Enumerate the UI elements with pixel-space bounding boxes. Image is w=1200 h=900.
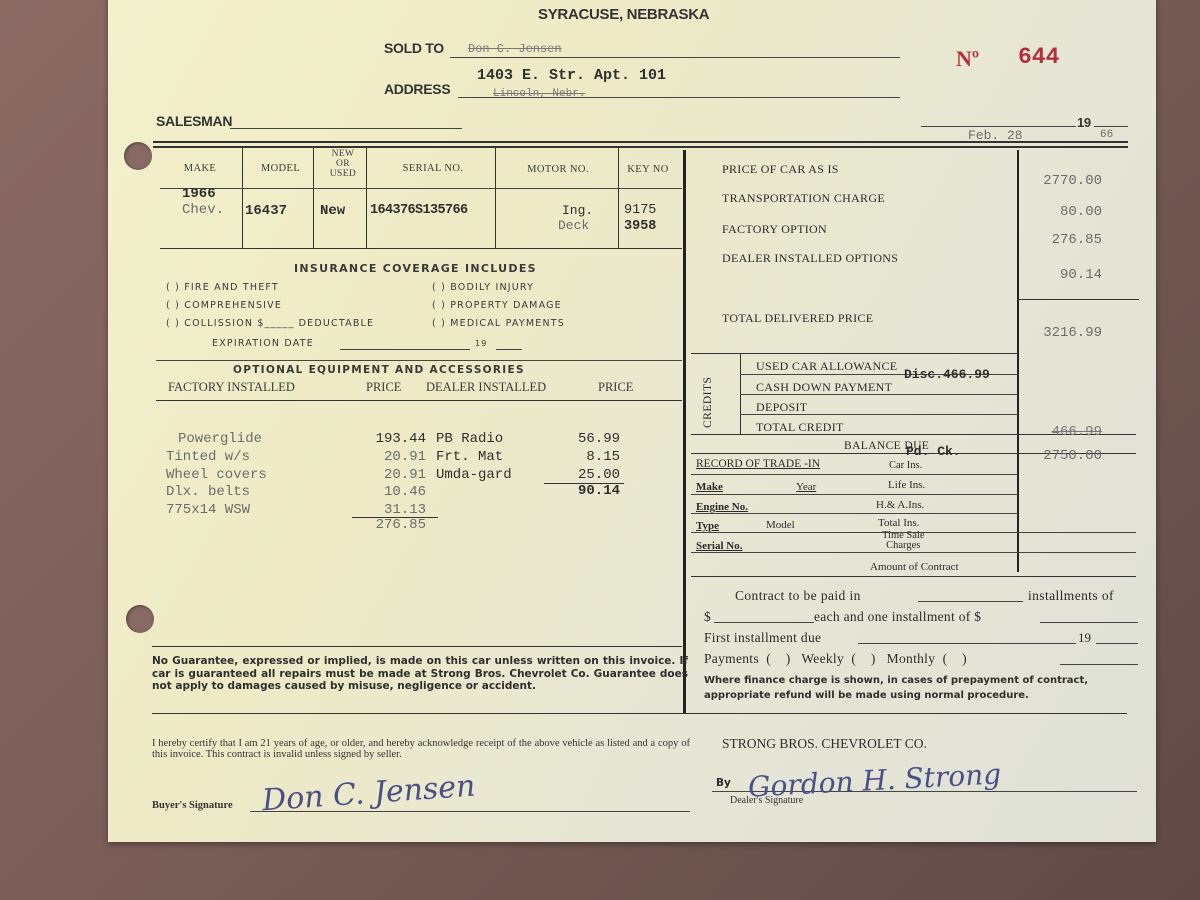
credits-side-label: CREDITS xyxy=(702,377,714,428)
insurance-option-comprehensive[interactable]: ( ) COMPREHENSIVE xyxy=(166,300,282,311)
trade-rule xyxy=(691,552,1136,553)
price-value: 90.14 xyxy=(1022,267,1102,283)
motor-line1: Ing. xyxy=(562,203,593,218)
vehicle-header-make: MAKE xyxy=(160,163,240,174)
year-line xyxy=(1094,126,1128,127)
vehicle-header-model: MODEL xyxy=(248,163,313,174)
table-divider xyxy=(242,148,243,248)
vehicle-header-key: KEY NO xyxy=(618,164,678,175)
price-label: PRICE OF CAR AS IS xyxy=(722,162,839,177)
installment-amount-field[interactable] xyxy=(714,622,814,623)
first-installment-year-field[interactable] xyxy=(1096,643,1138,644)
trade-serial-label: Serial No. xyxy=(696,540,742,552)
balance-due-value: 2750.00 xyxy=(1022,448,1102,464)
payment-frequency-other-field[interactable] xyxy=(1060,664,1138,665)
table-rule xyxy=(160,248,682,249)
contract-line3-year: 19 xyxy=(1078,630,1091,646)
vehicle-model: 16437 xyxy=(245,203,287,219)
insurance-title: INSURANCE COVERAGE INCLUDES xyxy=(294,262,537,275)
vehicle-new-used: New xyxy=(320,203,345,219)
expiration-year-prefix: 19 xyxy=(475,339,488,348)
factory-item-price: 31.13 xyxy=(362,502,426,518)
address-label: ADDRESS xyxy=(384,81,450,97)
dealer-company: STRONG BROS. CHEVROLET CO. xyxy=(722,736,927,752)
header-rule xyxy=(153,146,1128,148)
buyer-certification: I hereby certify that I am 21 years of a… xyxy=(152,739,690,760)
factory-item-price: 193.44 xyxy=(362,431,426,447)
table-divider xyxy=(366,148,367,248)
trade-rule xyxy=(691,474,1018,475)
contract-line2b: each and one installment of $ xyxy=(814,609,981,625)
sold-to-label: SOLD TO xyxy=(384,40,444,56)
price-value: 80.00 xyxy=(1022,204,1102,220)
total-delivered-value: 3216.99 xyxy=(1022,325,1102,341)
factory-item-price: 20.91 xyxy=(362,449,426,465)
dealer-item-price: 25.00 xyxy=(556,467,620,483)
salesman-line xyxy=(230,128,462,129)
year-value: 66 xyxy=(1100,129,1113,141)
factory-item: Tinted w/s xyxy=(166,449,250,465)
trade-rule xyxy=(691,494,1018,495)
invoice-number: 644 xyxy=(1018,44,1059,70)
credit-row-label: CASH DOWN PAYMENT xyxy=(756,380,892,395)
trade-bottom-rule xyxy=(691,576,1136,577)
vehicle-header-serial: SERIAL NO. xyxy=(373,163,493,174)
factory-item-price: 10.46 xyxy=(362,484,426,500)
expiration-year-field[interactable] xyxy=(496,349,522,350)
trade-type-label: Type xyxy=(696,520,719,532)
column-divider xyxy=(683,150,686,714)
installments-count-field[interactable] xyxy=(918,601,1023,602)
price-value: 276.85 xyxy=(1022,232,1102,248)
car-ins-label: Car Ins. xyxy=(889,460,922,471)
vehicle-serial: 164376S135766 xyxy=(370,203,468,218)
finance-charge-note: Where finance charge is shown, in cases … xyxy=(704,673,1140,703)
options-col-price: PRICE xyxy=(598,380,633,395)
dealer-item: PB Radio xyxy=(436,431,503,447)
header-rule xyxy=(153,141,1128,143)
trade-in-title: RECORD OF TRADE -IN xyxy=(696,458,820,470)
invoice-paper: SYRACUSE, NEBRASKA SOLD TO Don C. Jensen… xyxy=(108,0,1156,842)
factory-item: Powerglide xyxy=(178,431,262,447)
ha-ins-label: H.& A.Ins. xyxy=(876,499,924,511)
credit-rule xyxy=(740,414,1018,415)
first-installment-date-field[interactable] xyxy=(858,643,1076,644)
dealer-item: Umda-gard xyxy=(436,467,512,483)
dealer-by-label: By xyxy=(716,777,731,789)
options-rule xyxy=(156,400,682,401)
credit-row-label: USED CAR ALLOWANCE xyxy=(756,359,897,374)
trade-year-label: Year xyxy=(796,481,816,493)
dealer-item: Frt. Mat xyxy=(436,449,503,465)
price-value: 2770.00 xyxy=(1022,173,1102,189)
payment-frequency-options[interactable]: Payments ( ) Weekly ( ) Monthly ( ) xyxy=(704,651,967,667)
trade-engine-label: Engine No. xyxy=(696,501,748,513)
contract-line1b: installments of xyxy=(1028,588,1114,604)
guarantee-text: No Guarantee, expressed or implied, is m… xyxy=(152,655,688,693)
price-label: TRANSPORTATION CHARGE xyxy=(722,191,885,206)
vehicle-header-new-or-used: NEW OR USED xyxy=(318,149,368,179)
buyer-signature-label: Buyer's Signature xyxy=(152,800,233,811)
dealer-item-price: 56.99 xyxy=(556,431,620,447)
dealer-signature-label: Dealer's Signature xyxy=(730,795,803,806)
sold-to-value: Don C. Jensen xyxy=(468,42,562,56)
factory-item: 775x14 WSW xyxy=(166,502,250,518)
invoice-number-label: Nº xyxy=(956,46,979,72)
insurance-option-medical[interactable]: ( ) MEDICAL PAYMENTS xyxy=(432,318,565,329)
factory-item: Wheel covers xyxy=(166,467,267,483)
dealer-total: 90.14 xyxy=(556,483,620,499)
price-label: FACTORY OPTION xyxy=(722,222,827,237)
address-line1: 1403 E. Str. Apt. 101 xyxy=(477,67,666,84)
options-col-factory: FACTORY INSTALLED xyxy=(168,380,295,395)
table-divider xyxy=(313,148,314,248)
factory-item-price: 20.91 xyxy=(362,467,426,483)
guarantee-rule xyxy=(152,646,682,647)
trade-model-label: Model xyxy=(766,519,795,531)
dealer-location: SYRACUSE, NEBRASKA xyxy=(538,6,709,23)
insurance-option-fire-theft[interactable]: ( ) FIRE AND THEFT xyxy=(166,282,279,293)
final-installment-field[interactable] xyxy=(1040,622,1138,623)
motor-line2: Deck xyxy=(558,218,589,233)
trade-rule xyxy=(691,513,1018,514)
key-line2: 3958 xyxy=(624,219,656,234)
year-prefix: 19 xyxy=(1077,115,1091,130)
credit-row-label: DEPOSIT xyxy=(756,400,807,415)
expiration-label: EXPIRATION DATE xyxy=(212,338,314,349)
factory-total: 276.85 xyxy=(362,517,426,533)
paid-note: Pd. Ck. xyxy=(906,444,961,459)
subtotal-rule xyxy=(1017,299,1139,300)
life-ins-label: Life Ins. xyxy=(888,479,925,491)
trade-make-label: Make xyxy=(696,481,723,493)
price-label: DEALER INSTALLED OPTIONS xyxy=(722,251,898,266)
contract-line3: First installment due xyxy=(704,630,821,646)
contract-dollar: $ xyxy=(704,609,711,625)
address-line2: Lincoln, Nebr. xyxy=(493,88,585,100)
total-ins-label: Total Ins. xyxy=(878,517,919,529)
key-line1: 9175 xyxy=(624,203,656,218)
table-divider xyxy=(618,148,619,248)
amount-of-contract-label: Amount of Contract xyxy=(870,561,959,573)
total-credit-value: 466.99 xyxy=(1022,424,1102,440)
options-title: OPTIONAL EQUIPMENT AND ACCESSORIES xyxy=(233,364,525,376)
factory-item: Dlx. belts xyxy=(166,484,250,500)
punch-hole xyxy=(126,605,154,633)
contract-line1a: Contract to be paid in xyxy=(735,588,861,604)
sold-to-line xyxy=(450,57,900,58)
insurance-option-bodily-injury[interactable]: ( ) BODILY INJURY xyxy=(432,282,534,293)
dealer-item-price: 8.15 xyxy=(556,449,620,465)
credit-row-label: TOTAL CREDIT xyxy=(756,420,844,435)
options-col-price: PRICE xyxy=(366,380,401,395)
discount-note: Disc.466.99 xyxy=(904,367,990,382)
value-column-divider xyxy=(1017,150,1019,572)
section-rule xyxy=(156,360,682,361)
options-col-dealer: DEALER INSTALLED xyxy=(426,380,546,395)
vehicle-make: Chev. xyxy=(182,202,224,218)
vehicle-year: 1966 xyxy=(182,186,216,202)
expiration-date-field[interactable] xyxy=(340,349,470,350)
punch-hole xyxy=(124,142,152,170)
salesman-label: SALESMAN xyxy=(156,113,232,129)
insurance-option-collision[interactable]: ( ) COLLISSION $_____ DEDUCTABLE xyxy=(166,318,374,329)
total-delivered-label: TOTAL DELIVERED PRICE xyxy=(722,311,873,326)
table-rule xyxy=(160,188,682,189)
date-line xyxy=(921,126,1076,127)
vehicle-header-motor: MOTOR NO. xyxy=(498,164,618,175)
insurance-option-property-damage[interactable]: ( ) PROPERTY DAMAGE xyxy=(432,300,562,311)
guarantee-bottom-rule xyxy=(152,713,1127,714)
credit-rule xyxy=(740,394,1018,395)
table-divider xyxy=(495,148,496,248)
time-sale-charges-label: Time Sale Charges xyxy=(882,531,925,551)
